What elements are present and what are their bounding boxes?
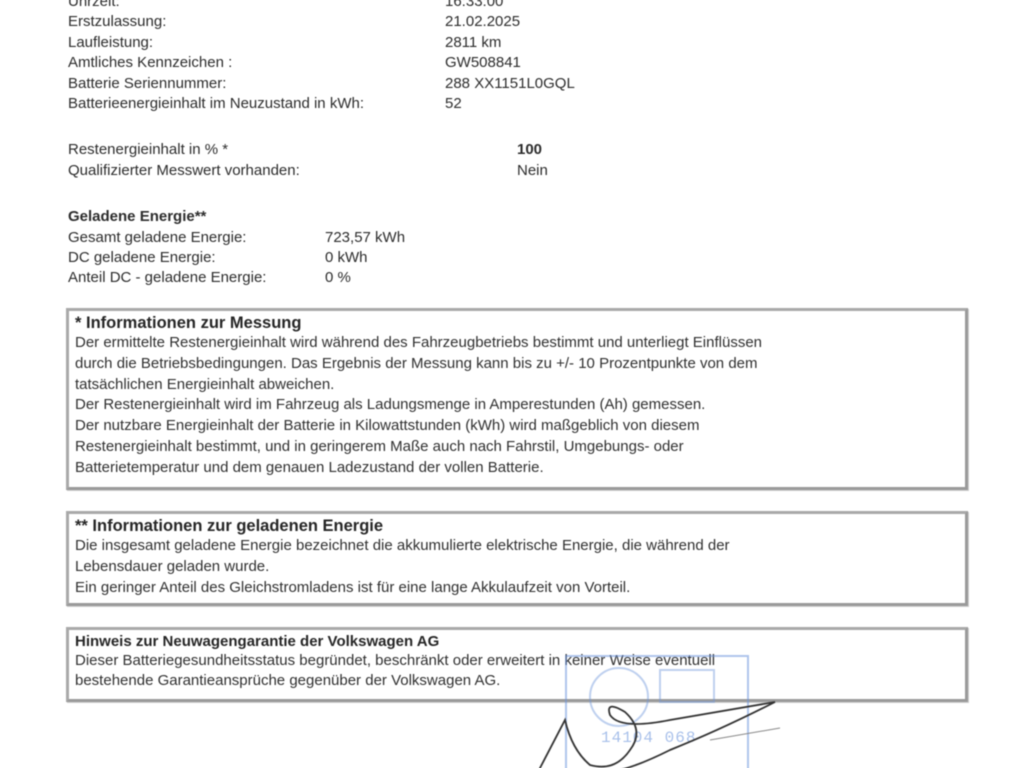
- field-value: 0 %: [325, 268, 351, 288]
- box-line: Die insgesamt geladene Energie bezeichne…: [75, 536, 959, 557]
- field-value: 2811 km: [445, 33, 501, 53]
- box-line: Batterietemperatur und dem genauen Ladez…: [75, 458, 959, 479]
- field-value: 723,57 kWh: [325, 228, 405, 248]
- remaining-energy-value: 100: [517, 140, 542, 160]
- field-label: Batterie Seriennummer:: [68, 74, 226, 94]
- box-line: Der ermittelte Restenergieinhalt wird wä…: [75, 333, 959, 354]
- field-label: Qualifizierter Messwert vorhanden:: [68, 161, 300, 181]
- field-label: Batterieenergieinhalt im Neuzustand in k…: [68, 94, 364, 114]
- field-value: GW508841: [445, 53, 521, 73]
- field-label: Gesamt geladene Energie:: [68, 228, 246, 248]
- field-value: 16:33:00: [445, 0, 503, 12]
- box-line: Dieser Batteriegesundheitsstatus begründ…: [75, 651, 959, 671]
- box-line: Der Restenergieinhalt wird im Fahrzeug a…: [75, 395, 959, 416]
- box-line: bestehende Garantieansprüche gegenüber d…: [75, 671, 959, 691]
- field-label: Erstzulassung:: [68, 12, 166, 32]
- box-line: durch die Betriebsbedingungen. Das Ergeb…: [75, 354, 959, 375]
- field-value: 0 kWh: [325, 248, 368, 268]
- field-label: Restenergieinhalt in % *: [68, 140, 228, 160]
- field-label: DC geladene Energie:: [68, 248, 216, 268]
- field-label: Amtliches Kennzeichen :: [68, 53, 232, 73]
- field-value: 52: [445, 94, 462, 114]
- battery-health-certificate: Uhrzeit: 16:33:00 Erstzulassung: 21.02.2…: [0, 0, 1024, 768]
- qualified-measurement-value: Nein: [517, 161, 548, 181]
- box-line: Der nutzbare Energieinhalt der Batterie …: [75, 416, 959, 437]
- field-label: Anteil DC - geladene Energie:: [68, 268, 266, 288]
- box-line: Ein geringer Anteil des Gleichstromladen…: [75, 578, 959, 599]
- field-label: Laufleistung:: [68, 33, 153, 53]
- field-label: Uhrzeit:: [68, 0, 120, 12]
- warranty-notice-box: Hinweis zur Neuwagengarantie der Volkswa…: [66, 627, 968, 702]
- charged-energy-info-box: ** Informationen zur geladenen Energie D…: [66, 511, 968, 606]
- box-line: Restenergieinhalt bestimmt, und in gerin…: [75, 437, 959, 458]
- box-line: tatsächlichen Energieinhalt abweichen.: [75, 375, 959, 396]
- field-value: 21.02.2025: [445, 12, 520, 32]
- box-title: * Informationen zur Messung: [75, 313, 959, 333]
- box-title: Hinweis zur Neuwagengarantie der Volkswa…: [75, 632, 959, 651]
- stamp-number: 14104 068: [601, 729, 696, 747]
- measurement-info-box: * Informationen zur Messung Der ermittel…: [66, 308, 968, 490]
- box-title: ** Informationen zur geladenen Energie: [75, 516, 959, 536]
- field-value: 288 XX1151L0GQL: [445, 74, 575, 94]
- box-line: Lebensdauer geladen wurde.: [75, 557, 959, 578]
